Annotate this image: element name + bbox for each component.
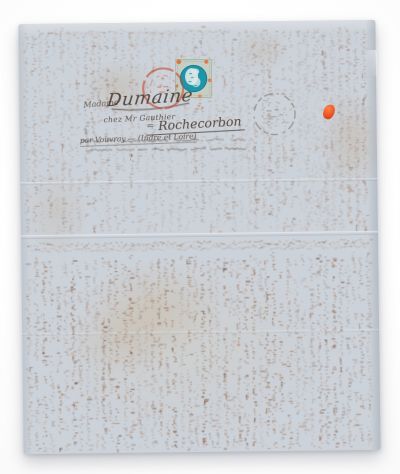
letter-sheet: Madame Dumaine chez Mr Gauthier = Rochec… (18, 20, 380, 454)
address-block: Madame Dumaine chez Mr Gauthier = Rochec… (79, 89, 310, 172)
address-destination-dash: = (146, 121, 154, 131)
letter-photograph: Madame Dumaine chez Mr Gauthier = Rochec… (0, 0, 400, 474)
address-routing: par Vouvray — (Indre et Loire) (80, 132, 197, 147)
corner-fold (364, 50, 377, 76)
address-destination-text: Rochecorbon (158, 113, 242, 133)
address-name: Dumaine (106, 85, 194, 112)
